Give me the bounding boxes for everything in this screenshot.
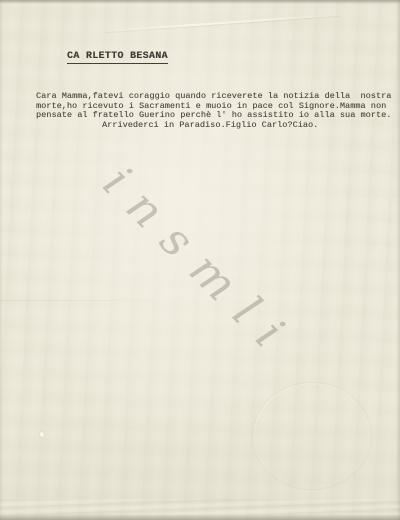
scan-edge-right (396, 0, 400, 520)
scan-edge-left (0, 0, 3, 520)
paper-wrinkles (0, 499, 400, 515)
scan-edge-top (0, 0, 400, 4)
insmli-watermark: insmli (93, 156, 307, 370)
scanned-letter-page: CA RLETTO BESANA Cara Mamma,fatevi corag… (0, 0, 400, 520)
paper-crease-middle (0, 300, 190, 301)
embossed-seal (252, 382, 372, 490)
letter-body: Cara Mamma,fatevi coraggio quando riceve… (36, 92, 398, 131)
paper-speck (40, 432, 44, 437)
paper-crease-top (105, 14, 340, 32)
letter-line-closing: Arrivederci in Paradiso.Figlio Carlo?Cia… (36, 121, 398, 131)
letter-heading: CA RLETTO BESANA (67, 51, 168, 64)
